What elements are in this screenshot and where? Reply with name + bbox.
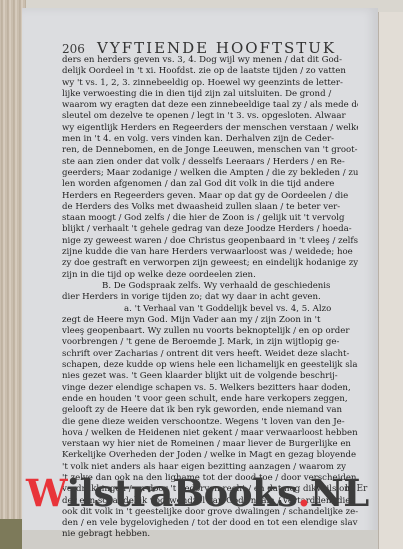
text-line: verstaan wy hier niet de Romeinen / maar… — [62, 439, 358, 450]
watermark-tld: NL — [310, 471, 369, 515]
text-line: ende en houden 't voor geen schult, ende… — [62, 394, 358, 405]
text-line: delijk Oordeel in 't xi. Hoofdst. zie op… — [62, 66, 358, 77]
text-line: geerders; Maar zodanige / welken die Amp… — [62, 168, 358, 179]
page-body-text: ders en herders geven vs. 3, 4. Dog wijl… — [62, 55, 358, 541]
text-line: hova / welken de Heidenen niet gekent / … — [62, 428, 358, 439]
text-line: staan moogt / God zelfs / die hier de Zo… — [62, 213, 358, 224]
text-line: ste aan zien onder dat volk / desselfs L… — [62, 157, 358, 168]
text-line: den / en vele bygelovigheden / tot der d… — [62, 518, 358, 529]
text-line: zy doe gestraft en verworpen zijn gewees… — [62, 258, 358, 269]
text-line: nie gebragt hebben. — [62, 529, 358, 540]
text-line: schapen, deze kudde op wiens hele een li… — [62, 360, 358, 371]
text-line: zijne kudde die van hare Herders verwaar… — [62, 247, 358, 258]
text-line: de Herders des Volks met dwaasheid zulle… — [62, 202, 358, 213]
text-line: zijn in die tijd op welke deze oordeelen… — [62, 270, 358, 281]
text-line: len worden afgenomen / dan zal God dit v… — [62, 179, 358, 190]
text-line: nige zy geweest waren / doe Christus geo… — [62, 236, 358, 247]
text-line: vleeş geopenbaart. Wy zullen nu voorts b… — [62, 326, 358, 337]
text-line: gelooft zy de Heere dat ik ben ryk gewor… — [62, 405, 358, 416]
text-line: Herders en Regeerders geven. Maar op dat… — [62, 191, 358, 202]
text-line: Kerkelijke Overheden der Joden / welke i… — [62, 450, 358, 461]
section-heading: B. De Godspraak zelfs. Wy verhaald de ge… — [62, 281, 358, 292]
text-line: ders en herders geven vs. 3, 4. Dog wijl… — [62, 55, 358, 66]
text-line: ren, de Dennebomen, en de Jonge Leeuwen,… — [62, 145, 358, 156]
watermark-dot: . — [298, 471, 310, 515]
watermark-logo: WilstraBooks.NL — [26, 471, 369, 515]
subsection-heading: a. 't Verhaal van 't Goddelijk bevel vs.… — [62, 304, 358, 315]
facing-page-edge — [378, 12, 403, 549]
text-line: dier Herders in vorige tijden zo; dat wy… — [62, 292, 358, 303]
text-line: vinge dezer elendige schapen vs. 5. Welk… — [62, 383, 358, 394]
text-line: sleutel om dezelve te openen / legt in '… — [62, 111, 358, 122]
text-line: blijkt / verhaalt 't gehele gedrag van d… — [62, 224, 358, 235]
watermark-name: ilstraBooks — [66, 471, 297, 515]
text-line: zegt de Heere myn God. Mijn Vader aan my… — [62, 315, 358, 326]
text-line: schrift over Zacharias / ontrent dit ver… — [62, 349, 358, 360]
page-number: 206 — [62, 42, 97, 56]
text-line: voorbrengen / 't gene de Beroemde J. Mar… — [62, 337, 358, 348]
text-line: wy eigentlijk Herders en Regeerders der … — [62, 123, 358, 134]
text-line: waarom wy eragten dat deze een zinnebeel… — [62, 100, 358, 111]
text-line: die gene dieze weiden verschoontze. Wege… — [62, 417, 358, 428]
text-line: wy 't vs. 1, 2, 3. zinnebeeldig op. Hoew… — [62, 78, 358, 89]
text-line: lijke verwoesting die in dien tijd zijn … — [62, 89, 358, 100]
text-line: nies gezet was. 't Geen klaarder blijkt … — [62, 371, 358, 382]
text-line: men in 't 4. en volg. vers vinden kan. D… — [62, 134, 358, 145]
watermark-initial: W — [26, 471, 66, 515]
